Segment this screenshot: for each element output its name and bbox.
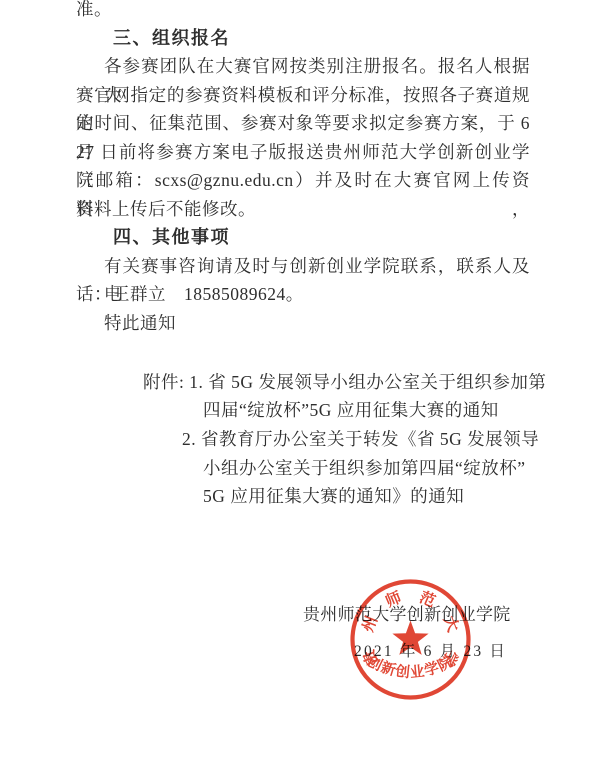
seal-arc-char: 州 <box>359 613 381 634</box>
seal-arc-char: 师 <box>383 588 405 611</box>
seal-star-icon <box>392 621 428 655</box>
official-seal: 贵 州 师 范 大 学 创新创业学院 <box>347 576 474 703</box>
section-heading-4: 四、其他事项 <box>76 223 530 252</box>
attachment-line: 附件: 1. 省 5G 发展领导小组办公室关于组织参加第 <box>143 368 546 397</box>
body-line: 27 日前将参赛方案电子版报送贵州师范大学创新创业学院 <box>76 138 530 167</box>
attachment-line: 四届“绽放杯”5G 应用征集大赛的通知 <box>203 396 499 425</box>
body-line: 各参赛团队在大赛官网按类别注册报名。报名人根据大 <box>76 52 530 81</box>
document-body: 准。 三、组织报名 各参赛团队在大赛官网按类别注册报名。报名人根据大 赛官网指定… <box>76 0 530 337</box>
body-line: 准。 <box>76 0 530 24</box>
notice-document-page: 准。 三、组织报名 各参赛团队在大赛官网按类别注册报名。报名人根据大 赛官网指定… <box>0 0 608 777</box>
body-line-contact: 话：王群立 18585089624。 <box>76 280 530 309</box>
seal-arc-char: 范 <box>417 588 439 611</box>
attachment-line: 5G 应用征集大赛的通知》的通知 <box>203 482 464 511</box>
seal-arc-char: 大 <box>440 613 463 634</box>
body-line-email: （邮箱：scxs@gznu.edu.cn）并及时在大赛官网上传资料， <box>76 166 530 195</box>
attachment-line: 小组办公室关于组织参加第四届“绽放杯” <box>203 454 526 483</box>
attachment-line: 2. 省教育厅办公室关于转发《省 5G 发展领导 <box>182 425 539 454</box>
body-line: 的时间、征集范围、参赛对象等要求拟定参赛方案，于 6 月 <box>76 109 530 138</box>
body-line: 赛官网指定的参赛资料模板和评分标准，按照各子赛道规定 <box>76 81 530 110</box>
body-line: 有关赛事咨询请及时与创新创业学院联系，联系人及电 <box>76 252 530 281</box>
body-line-closing: 特此通知 <box>76 309 530 338</box>
section-heading-3: 三、组织报名 <box>76 24 530 53</box>
